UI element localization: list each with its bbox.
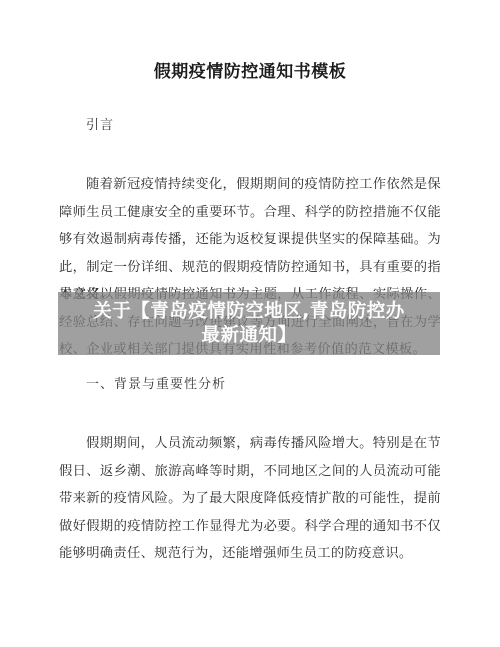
overlay-headline-line1[interactable]: 关于【青岛疫情防空地区,青岛防控办	[85, 300, 413, 324]
document-title: 假期疫情防控通知书模板	[0, 60, 500, 84]
overlay-headline-line2[interactable]: 最新通知】	[193, 324, 304, 348]
document-page: 假期疫情防控通知书模板 引言 随着新冠疫情持续变化，假期期间的疫情防控工作依然是…	[0, 0, 500, 647]
section1-paragraph: 假期期间，人员流动频繁，病毒传播风险增大。特别是在节假日、返乡潮、旅游高峰等时期…	[59, 430, 441, 568]
intro-heading: 引言	[86, 117, 114, 135]
headline-overlay-banner[interactable]: 关于【青岛疫情防空地区,青岛防控办 最新通知】	[58, 292, 440, 355]
section1-heading: 一、背景与重要性分析	[86, 376, 226, 394]
